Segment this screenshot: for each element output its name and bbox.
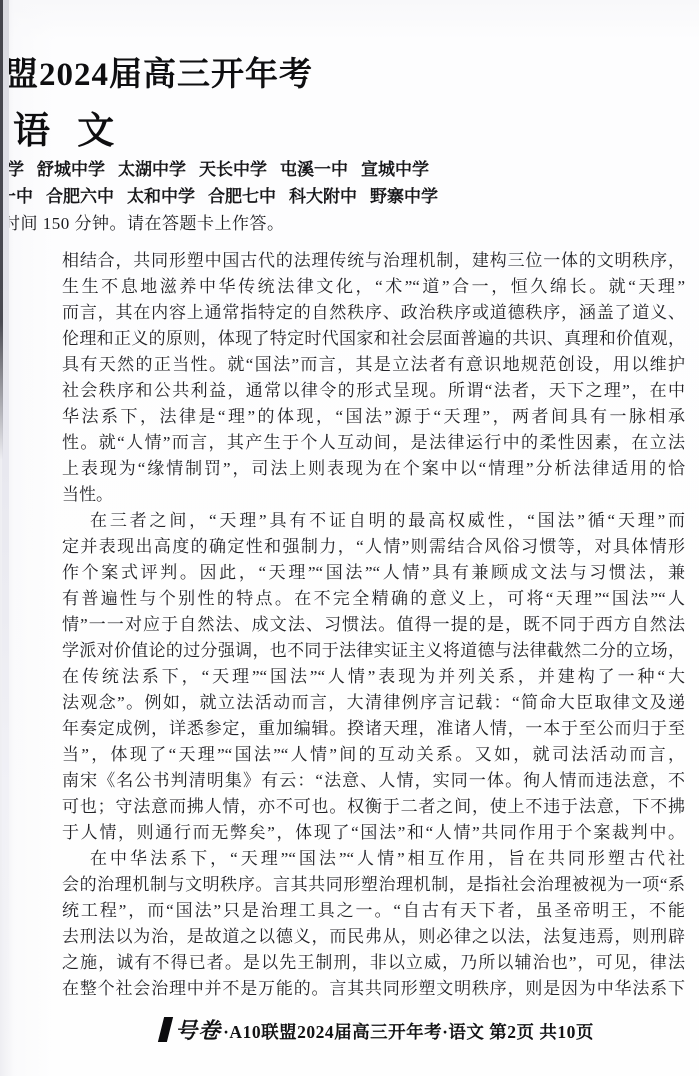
passage-line: 南宋《名公书判清明集》有云：“法意、人情，实同一体。徇人情而违法意，不 — [62, 768, 685, 794]
passage-line: 在中华法系下，“天理”“国法”“人情”相互作用，旨在共同形塑古代社 — [62, 846, 685, 872]
passage-line: 之施，诚有不得已者。是以先王制刑，非以立威，乃所以辅治也”，可见，律法 — [62, 950, 685, 976]
school-name: 屯溪一中 — [280, 155, 348, 180]
passage-line: 在三者之间，“天理”具有不证自明的最高权威性，“国法”循“天理”而 — [62, 508, 685, 534]
passage-line: 而言，其在内容上通常指特定的自然秩序、政治秩序或道德秩序，涵盖了道义、 — [62, 300, 685, 326]
footer-page-info: ·A10联盟2024届高三开年考·语文 第2页 共10页 — [223, 1022, 594, 1042]
passage-line: 作个案式评判。因此，“天理”“国法”“人情”具有兼顾成文法与习惯法，兼 — [62, 560, 685, 586]
passage-line: 定并表现出高度的确定性和强制力，“人情”则需结合风俗习惯等，对具体情形 — [62, 534, 685, 560]
passage-line: 性。就“人情”而言，其产生于个人互动间，是法律运行中的柔性因素，在立法 — [62, 430, 685, 456]
haojuan-logo-text: 号卷 — [175, 1018, 221, 1043]
passage-line: 当性。 — [62, 482, 685, 508]
passage-line: 去刑法以为治，是故道之以德义，而民弗从，则必律之以法，法复违焉，则刑辟 — [62, 924, 685, 950]
school-name: 合肥七中 — [208, 182, 276, 207]
passage-line: 有普遍性与个别性的特点。在不完全精确的意义上，可将“天理”“国法”“人 — [62, 586, 685, 612]
school-name: 太湖中学 — [118, 155, 186, 180]
passage-line: 年奏定成例，详悉参定，重加编辑。揆诸天理，准诸人情，一本于至公而归于至 — [62, 716, 685, 742]
school-name: 天长中学 — [199, 155, 267, 180]
passage-text: 相结合，共同形塑中国古代的法理传统与治理机制，建构三位一体的文明秩序，生生不息地… — [62, 248, 685, 1002]
passage-line: 相结合，共同形塑中国古代的法理传统与治理机制，建构三位一体的文明秩序， — [62, 248, 685, 274]
passage-line: 华法系下，法律是“理”的体现，“国法”源于“天理”，两者间具有一脉相承 — [62, 404, 685, 430]
passage-line: 学派对价值论的过分强调，也不同于法律实证主义将道德与法律截然二分的立场， — [62, 638, 685, 664]
school-list-row-2: 一中合肥六中太和中学合肥七中科大附中野寨中学 — [0, 182, 438, 207]
passage-line: 统工程”，而“国法”只是治理工具之一。“自古有天下者，虽圣帝明王，不能 — [62, 898, 685, 924]
school-name: 科大附中 — [289, 182, 357, 207]
passage-line: 伦理和正义的原则，体现了特定时代国家和社会层面普遍的共识、真理和价值观， — [62, 326, 685, 352]
passage-line: 在整个社会治理中并不是万能的。言其共同形塑文明秩序，则是因为中华法系下 — [62, 976, 685, 1002]
passage-line: 情”一一对应于自然法、成文法、习惯法。值得一提的是，既不同于西方自然法 — [62, 612, 685, 638]
haojuan-logo-icon — [158, 1017, 173, 1042]
passage-line: 可也；守法意而拂人情，亦不可也。权衡于二者之间，使上不违于法意，下不拂 — [62, 794, 685, 820]
scanned-exam-page: 盟2024届高三开年考 语 文 中学舒城中学太湖中学天长中学屯溪一中宣城中学 一… — [0, 0, 699, 1076]
school-name: 野寨中学 — [370, 182, 438, 207]
passage-line: 上表现为“缘情制罚”，司法上则表现为在个案中以“情理”分析法律适用的恰 — [62, 456, 685, 482]
passage-line: 会的治理机制与文明秩序。言其共同形塑治理机制，是指社会治理被视为一项“系 — [62, 872, 685, 898]
subject-title: 语 文 — [13, 100, 123, 154]
school-name: 太和中学 — [127, 182, 195, 207]
scan-edge-shadow — [0, 0, 3, 460]
passage-line: 生生不息地滋养中华传统法律文化，“术”“道”合一，恒久绵长。就“天理” — [62, 274, 685, 300]
school-name: 舒城中学 — [37, 155, 105, 180]
exam-title: 盟2024届高三开年考 — [5, 48, 313, 95]
passage-line: 法观念”。例如，就立法活动而言，大清律例序言记载：“简命大臣取律文及递 — [62, 690, 685, 716]
passage-line: 当”，体现了“天理”“国法”“人情”间的互动关系。又如，就司法活动而言， — [62, 742, 685, 768]
school-name: 宣城中学 — [361, 155, 429, 180]
passage-line: 社会秩序和公共利益，通常以律令的形式呈现。所谓“法者，天下之理”，在中 — [62, 378, 685, 404]
exam-instructions: 时间 150 分钟。请在答题卡上作答。 — [3, 209, 285, 234]
school-name: 合肥六中 — [46, 182, 114, 207]
school-list-row-1: 中学舒城中学太湖中学天长中学屯溪一中宣城中学 — [0, 155, 429, 180]
page-footer: 号卷·A10联盟2024届高三开年考·语文 第2页 共10页 — [0, 1014, 699, 1045]
passage-line: 具有天然的正当性。就“国法”而言，其是立法者有意识地规范创设，用以维护 — [62, 352, 685, 378]
scan-edge-gutter — [2, 0, 9, 1050]
passage-line: 于人情，则通行而无弊矣”，体现了“国法”和“人情”共同作用于个案裁判中。 — [62, 820, 685, 846]
passage-line: 在传统法系下，“天理”“国法”“人情”表现为并列关系，并建构了一种“大 — [62, 664, 685, 690]
